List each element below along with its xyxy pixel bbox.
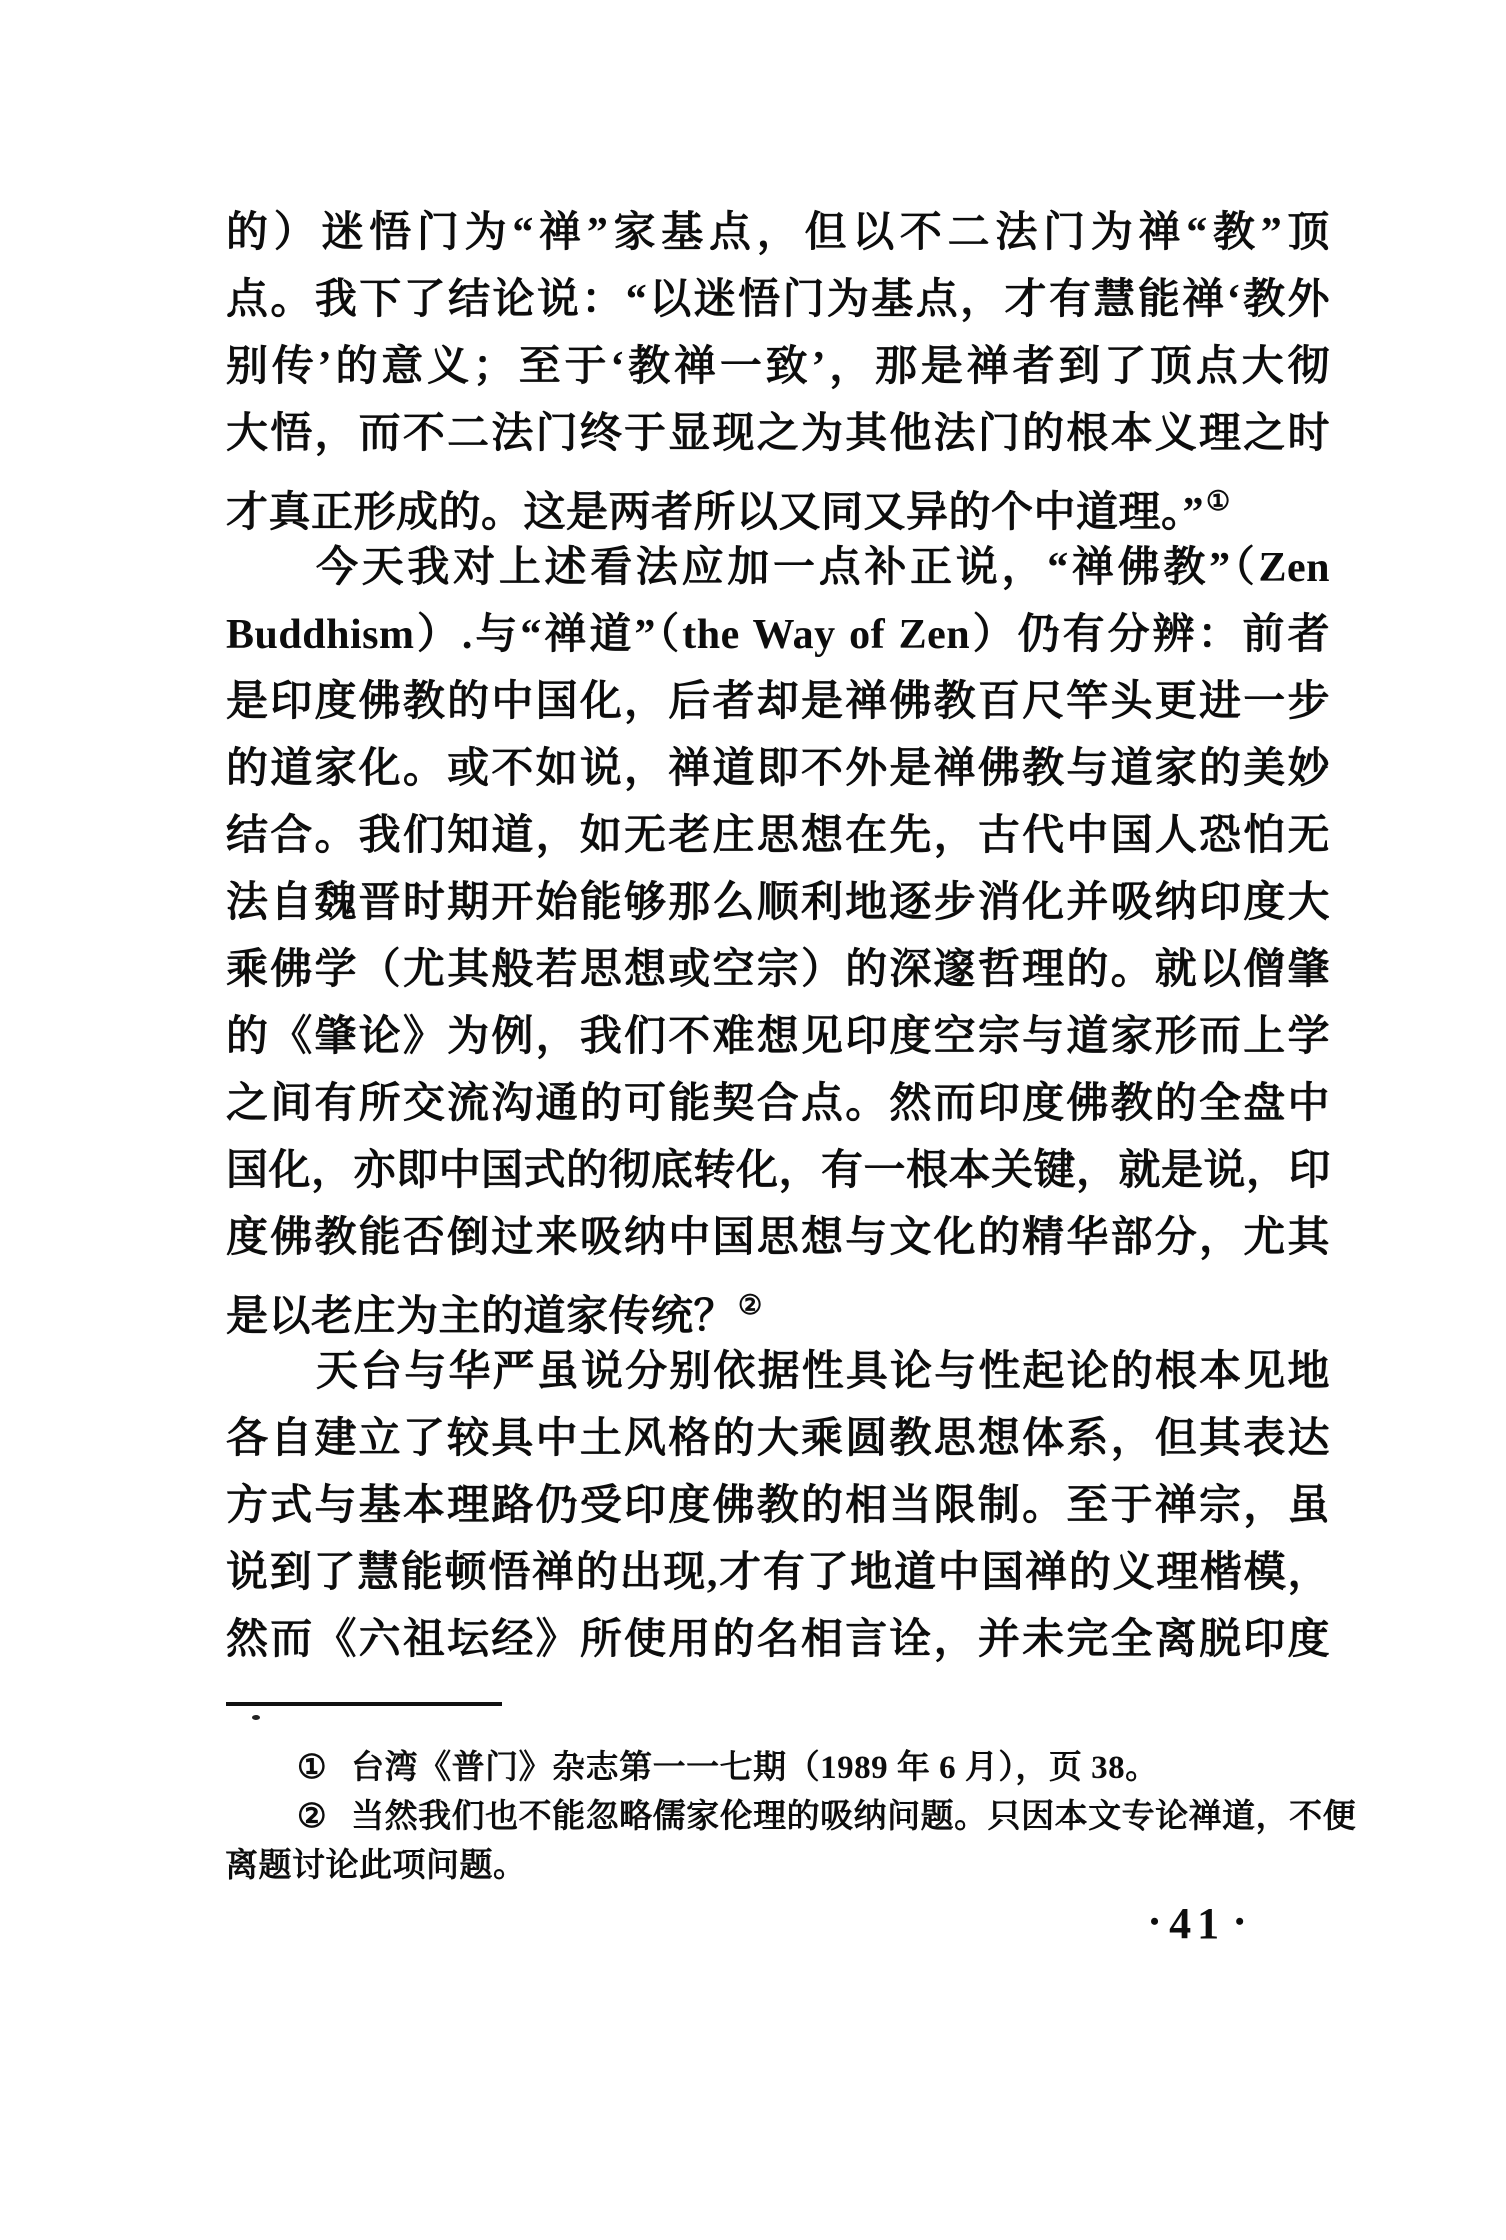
page-number-left-dot: • [1140, 1907, 1169, 1936]
body-text: 的）迷悟门为“禅”家基点，但以不二法门为禅“教”顶点。我下了结论说：“以迷悟门为… [226, 200, 1330, 1674]
text-run: 是印度佛教的中国化，后者却是禅佛教百尺竿头更进一步 [226, 679, 1330, 725]
body-text-line: 之间有所交流沟通的可能契合点。然而印度佛教的全盘中 [226, 1071, 1330, 1138]
text-run: 乘佛学（尤其般若思想或空宗）的深邃哲理的。就以僧肇 [226, 947, 1330, 993]
text-run: 的《肇论》为例，我们不难想见印度空宗与道家形而上学 [226, 1014, 1330, 1060]
body-text-line: 点。我下了结论说：“以迷悟门为基点，才有慧能禅‘教外 [226, 267, 1330, 334]
text-run: 结合。我们知道，如无老庄思想在先，古代中国人恐怕无 [226, 813, 1330, 859]
body-text-line: Buddhism）.与“禅道”（the Way of Zen）仍有分辨：前者 [226, 602, 1330, 669]
body-text-line: 的）迷悟门为“禅”家基点，但以不二法门为禅“教”顶 [226, 200, 1330, 267]
text-run: Buddhism）.与“禅道”（the Way of Zen）仍有分辨：前者 [226, 612, 1330, 658]
text-run: 点。我下了结论说：“以迷悟门为基点，才有慧能禅‘教外 [226, 277, 1330, 323]
body-text-line: 然而《六祖坛经》所使用的名相言诠，并未完全离脱印度 [226, 1607, 1330, 1674]
page-number-right-dot: • [1225, 1907, 1254, 1936]
body-text-line: 今天我对上述看法应加一点补正说，“禅佛教”（Zen [226, 535, 1330, 602]
body-text-line: 各自建立了较具中土风格的大乘圆教思想体系，但其表达 [226, 1406, 1330, 1473]
text-run: 大悟，而不二法门终于显现之为其他法门的根本义理之时 [226, 411, 1330, 457]
text-run: 是以老庄为主的道家传统？ [226, 1294, 736, 1340]
text-run: 方式与基本理路仍受印度佛教的相当限制。至于禅宗，虽 [226, 1483, 1330, 1529]
footnote-line: ①台湾《普门》杂志第一一七期（1989 年 6 月），页 38。 [225, 1744, 1333, 1793]
body-text-line: 的道家化。或不如说，禅道即不外是禅佛教与道家的美妙 [226, 736, 1330, 803]
body-text-line: 结合。我们知道，如无老庄思想在先，古代中国人恐怕无 [226, 803, 1330, 870]
text-run: 别传’的意义；至于‘教禅一致’，那是禅者到了顶点大彻 [226, 344, 1330, 390]
body-text-line: 说到了慧能顿悟禅的出现,才有了地道中国禅的义理楷模， [226, 1540, 1330, 1607]
body-text-line: 是印度佛教的中国化，后者却是禅佛教百尺竿头更进一步 [226, 669, 1330, 736]
footnotes: ①台湾《普门》杂志第一一七期（1989 年 6 月），页 38。②当然我们也不能… [225, 1744, 1333, 1891]
text-run: 度佛教能否倒过来吸纳中国思想与文化的精华部分，尤其 [226, 1215, 1330, 1261]
body-text-line: 度佛教能否倒过来吸纳中国思想与文化的精华部分，尤其 [226, 1205, 1330, 1272]
footnote-ref-marker: ① [1206, 468, 1231, 535]
footnote-ref-marker: ② [738, 1272, 763, 1339]
text-run: 才真正形成的。这是两者所以又同又异的个中道理。” [226, 490, 1204, 536]
text-run: 今天我对上述看法应加一点补正说，“禅佛教”（Zen [316, 545, 1330, 591]
body-text-line: 天台与华严虽说分别依据性具论与性起论的根本见地 [226, 1339, 1330, 1406]
body-text-line: 别传’的意义；至于‘教禅一致’，那是禅者到了顶点大彻 [226, 334, 1330, 401]
text-run: 天台与华严虽说分别依据性具论与性起论的根本见地 [316, 1349, 1330, 1395]
footnote-number-marker: ① [297, 1750, 327, 1786]
page-number-value: 41 [1169, 1899, 1225, 1948]
text-run: 的）迷悟门为“禅”家基点，但以不二法门为禅“教”顶 [226, 210, 1330, 256]
body-text-line: 是以老庄为主的道家传统？② [226, 1272, 1330, 1339]
body-text-line: 法自魏晋时期开始能够那么顺利地逐步消化并吸纳印度大 [226, 870, 1330, 937]
text-run: 当然我们也不能忽略儒家伦理的吸纳问题。只因本文专论禅道，不便 [351, 1799, 1356, 1835]
body-text-line: 乘佛学（尤其般若思想或空宗）的深邃哲理的。就以僧肇 [226, 937, 1330, 1004]
text-run: 然而《六祖坛经》所使用的名相言诠，并未完全离脱印度 [226, 1617, 1330, 1663]
text-run: 法自魏晋时期开始能够那么顺利地逐步消化并吸纳印度大 [226, 880, 1330, 926]
body-text-line: 国化，亦即中国式的彻底转化，有一根本关键，就是说，印 [226, 1138, 1330, 1205]
text-run: 之间有所交流沟通的可能契合点。然而印度佛教的全盘中 [226, 1081, 1330, 1127]
body-text-line: 的《肇论》为例，我们不难想见印度空宗与道家形而上学 [226, 1004, 1330, 1071]
scanned-page: 的）迷悟门为“禅”家基点，但以不二法门为禅“教”顶点。我下了结论说：“以迷悟门为… [0, 0, 1506, 2240]
text-run: 离题讨论此项问题。 [225, 1848, 527, 1884]
footnote-number-marker: ② [297, 1799, 327, 1835]
scan-ink-speck [252, 1715, 260, 1720]
footnote-line: ②当然我们也不能忽略儒家伦理的吸纳问题。只因本文专论禅道，不便 [225, 1793, 1333, 1842]
text-run: 的道家化。或不如说，禅道即不外是禅佛教与道家的美妙 [226, 746, 1330, 792]
text-run: 国化，亦即中国式的彻底转化，有一根本关键，就是说，印 [226, 1148, 1331, 1194]
footnote-separator [226, 1702, 502, 1706]
footnote-line: 离题讨论此项问题。 [225, 1842, 1333, 1891]
body-text-line: 才真正形成的。这是两者所以又同又异的个中道理。”① [226, 468, 1330, 535]
text-run: 各自建立了较具中土风格的大乘圆教思想体系，但其表达 [226, 1416, 1330, 1462]
body-text-line: 大悟，而不二法门终于显现之为其他法门的根本义理之时 [226, 401, 1330, 468]
text-run: 台湾《普门》杂志第一一七期（1989 年 6 月），页 38。 [351, 1750, 1159, 1786]
body-text-line: 方式与基本理路仍受印度佛教的相当限制。至于禅宗，虽 [226, 1473, 1330, 1540]
page-number: •41• [1140, 1898, 1254, 1949]
text-run: 说到了慧能顿悟禅的出现,才有了地道中国禅的义理楷模， [226, 1550, 1330, 1596]
